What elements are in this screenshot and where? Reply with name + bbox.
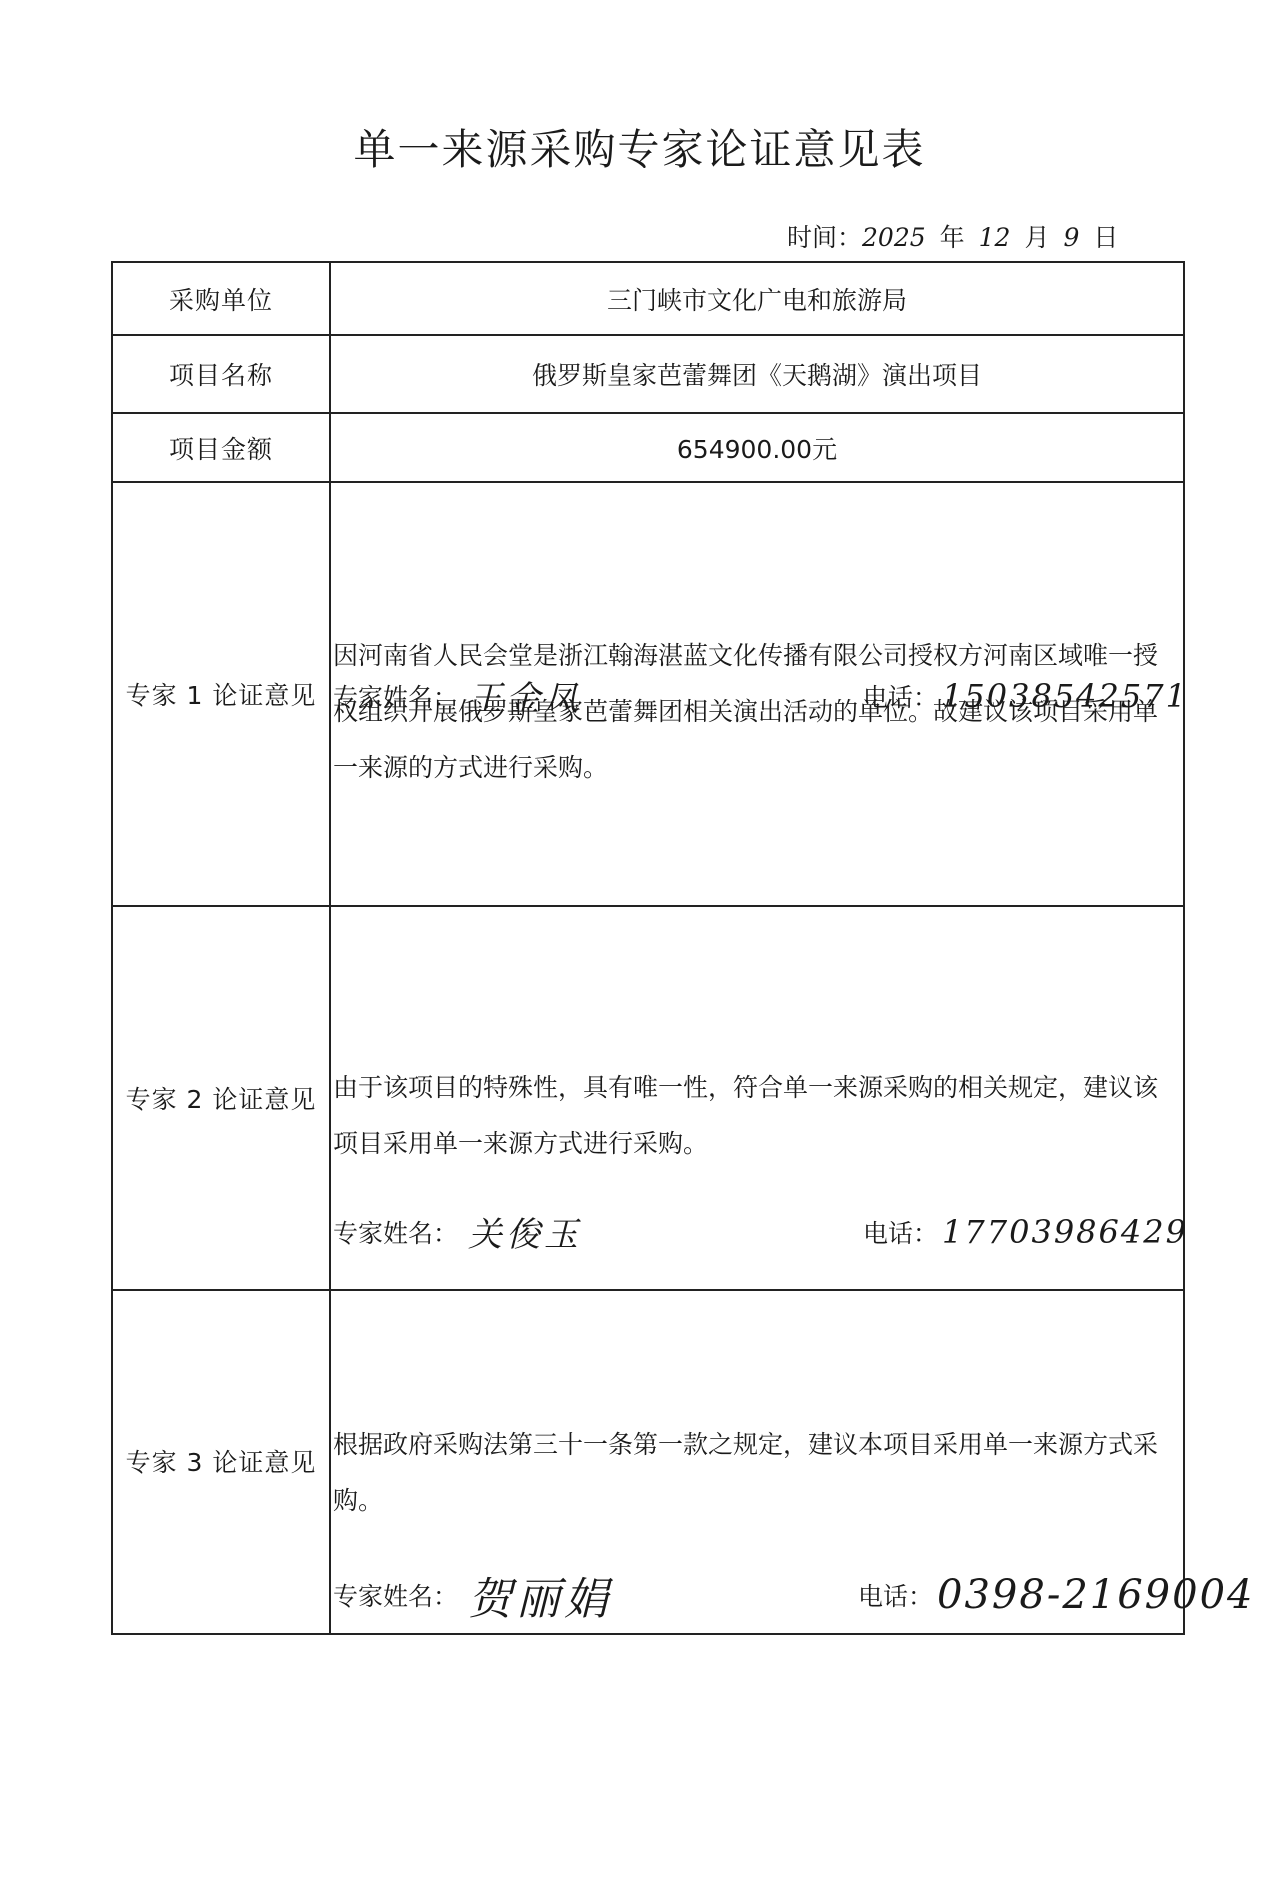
date-line: 时间：2025年12月9日: [787, 220, 1118, 256]
expert-name-handwritten: 关俊玉: [468, 1207, 582, 1256]
row-project-amount: 项目金额 654900.00元: [112, 413, 1184, 482]
opinion-cell-expert-2: 由于该项目的特殊性，具有唯一性，符合单一来源采购的相关规定，建议该项目采用单一来…: [330, 906, 1184, 1290]
phone-label: 电话：: [858, 1577, 933, 1613]
value-project-amount: 654900.00元: [330, 413, 1184, 482]
date-day-unit: 日: [1093, 223, 1118, 252]
signature-expert-3: 专家姓名： 贺丽娟 电话： 0398-2169004: [333, 1563, 1183, 1627]
label-purchasing-unit: 采购单位: [112, 262, 330, 335]
expert-name-handwritten: 贺丽娟: [468, 1563, 612, 1627]
phone-group: 电话： 17703986429: [863, 1213, 1188, 1251]
expert-name-handwritten: 王金凤: [468, 671, 582, 720]
row-project-name: 项目名称 俄罗斯皇家芭蕾舞团《天鹅湖》演出项目: [112, 335, 1184, 413]
row-expert-3: 专家 3 论证意见 根据政府采购法第三十一条第一款之规定，建议本项目采用单一来源…: [112, 1290, 1184, 1634]
label-expert-2: 专家 2 论证意见: [112, 906, 330, 1290]
opinion-text-expert-3: 根据政府采购法第三十一条第一款之规定，建议本项目采用单一来源方式采购。: [333, 1417, 1181, 1529]
label-project-amount: 项目金额: [112, 413, 330, 482]
row-expert-1: 专家 1 论证意见 因河南省人民会堂是浙江翰海湛蓝文化传播有限公司授权方河南区域…: [112, 482, 1184, 906]
expert-name-label: 专家姓名：: [333, 1577, 458, 1613]
phone-handwritten: 15038542571: [942, 677, 1188, 715]
label-expert-3: 专家 3 论证意见: [112, 1290, 330, 1634]
opinion-form-table: 采购单位 三门峡市文化广电和旅游局 项目名称 俄罗斯皇家芭蕾舞团《天鹅湖》演出项…: [111, 261, 1185, 1635]
phone-group: 电话： 15038542571: [863, 677, 1188, 715]
phone-group: 电话： 0398-2169004: [858, 1572, 1254, 1618]
opinion-text-expert-2: 由于该项目的特殊性，具有唯一性，符合单一来源采购的相关规定，建议该项目采用单一来…: [333, 1060, 1181, 1172]
phone-label: 电话：: [863, 1214, 938, 1250]
phone-handwritten: 17703986429: [942, 1213, 1188, 1251]
value-purchasing-unit: 三门峡市文化广电和旅游局: [330, 262, 1184, 335]
value-project-name: 俄罗斯皇家芭蕾舞团《天鹅湖》演出项目: [330, 335, 1184, 413]
signature-expert-2: 专家姓名： 关俊玉 电话： 17703986429: [333, 1207, 1183, 1256]
date-month-unit: 月: [1024, 223, 1049, 252]
phone-label: 电话：: [863, 678, 938, 714]
document-title: 单一来源采购专家论证意见表: [0, 122, 1279, 178]
expert-name-label: 专家姓名：: [333, 678, 458, 714]
label-expert-1: 专家 1 论证意见: [112, 482, 330, 906]
row-expert-2: 专家 2 论证意见 由于该项目的特殊性，具有唯一性，符合单一来源采购的相关规定，…: [112, 906, 1184, 1290]
phone-handwritten: 0398-2169004: [937, 1572, 1254, 1618]
opinion-cell-expert-1: 因河南省人民会堂是浙江翰海湛蓝文化传播有限公司授权方河南区域唯一授权组织开展俄罗…: [330, 482, 1184, 906]
date-year-unit: 年: [940, 223, 965, 252]
expert-name-label: 专家姓名：: [333, 1214, 458, 1250]
row-purchasing-unit: 采购单位 三门峡市文化广电和旅游局: [112, 262, 1184, 335]
date-label: 时间：: [787, 223, 862, 252]
date-month: 12: [979, 223, 1011, 252]
date-year: 2025: [862, 223, 926, 252]
label-project-name: 项目名称: [112, 335, 330, 413]
signature-expert-1: 专家姓名： 王金凤 电话： 15038542571: [333, 671, 1183, 720]
date-day: 9: [1063, 223, 1079, 252]
opinion-cell-expert-3: 根据政府采购法第三十一条第一款之规定，建议本项目采用单一来源方式采购。 专家姓名…: [330, 1290, 1184, 1634]
